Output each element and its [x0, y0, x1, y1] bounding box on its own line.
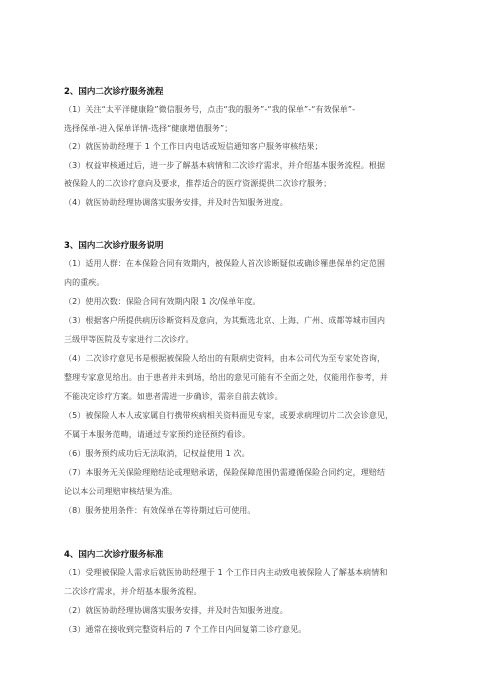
text-line: （2）就医协助经理协调落实服务安排，并及时告知服务进度。: [64, 605, 288, 616]
text-line: 不能决定诊疗方案。如患者需进一步确诊，需亲自前去就诊。: [64, 391, 283, 402]
section-heading: 4、国内二次诊疗服务标准: [64, 548, 163, 560]
text-line: （1）受理被保险人需求后就医协助经理于 1 个工作日内主动致电被保险人了解基本病…: [64, 567, 387, 578]
text-line: （2）就医协助经理于 1 个工作日内电话或短信通知客户服务审核结果；: [64, 141, 323, 152]
text-line: （5）被保险人本人或家属自行携带疾病相关资料面见专家，或要求病理切片二次会诊意见…: [64, 410, 393, 421]
text-line: （4）二次诊疗意见书是根据被保险人给出的有限病史资料，由本公司代为至专家处咨询，: [64, 353, 385, 364]
text-line: （6）服务预约成功后无法取消，记权益使用 1 次。: [64, 448, 250, 459]
section-heading: 2、国内二次诊疗服务流程: [64, 85, 163, 97]
section-heading: 3、国内二次诊疗服务说明: [64, 239, 163, 251]
text-line: 被保险人的二次诊疗意向及要求，推荐适合的医疗资源提供二次诊疗服务；: [64, 178, 331, 189]
text-line: （1）关注“太平洋健康险”微信服务号，点击“我的服务”-“我的保单”-“有效保单…: [64, 104, 355, 115]
text-line: 选择保单-进入保单详情-选择“健康增值服务”；: [64, 123, 232, 134]
text-line: （3）通常在接收到完整资料后的 7 个工作日内回复第二诊疗意见。: [64, 624, 306, 635]
text-line: 整理专家意见给出。由于患者并未到场，给出的意见可能有不全面之处，仅能用作参考，并: [64, 372, 388, 383]
text-line: 内的重疾。: [64, 277, 105, 288]
text-line: （3）权益审核通过后，进一步了解基本病情和二次诊疗需求，并介绍基本服务流程。根据: [64, 160, 385, 171]
text-line: （7）本服务无关保险理赔结论或理赔承诺，保险保障范围仍需遵循保险合同约定，理赔结: [64, 467, 385, 478]
text-line: 不属于本服务范畴，请通过专家预约途径预约看诊。: [64, 429, 250, 440]
text-line: （8）服务使用条件：有效保单在等待期过后可使用。: [64, 505, 256, 516]
text-line: （4）就医协助经理协调落实服务安排，并及时告知服务进度。: [64, 197, 288, 208]
text-line: （3）根据客户所提供病历诊断资料及意向，为其甄选北京、上海、广州、成都等城市国内: [64, 315, 385, 326]
text-line: 三级甲等医院及专家进行二次诊疗。: [64, 334, 194, 345]
text-line: （1）适用人群：在本保险合同有效期内，被保险人首次诊断疑似或确诊罹患保单约定范围: [64, 258, 385, 269]
text-line: （2）使用次数：保险合同有效期内限 1 次/保单年度。: [64, 296, 261, 307]
text-line: 论以本公司理赔审核结果为准。: [64, 486, 177, 497]
text-line: 二次诊疗需求，并介绍基本服务流程。: [64, 586, 202, 597]
